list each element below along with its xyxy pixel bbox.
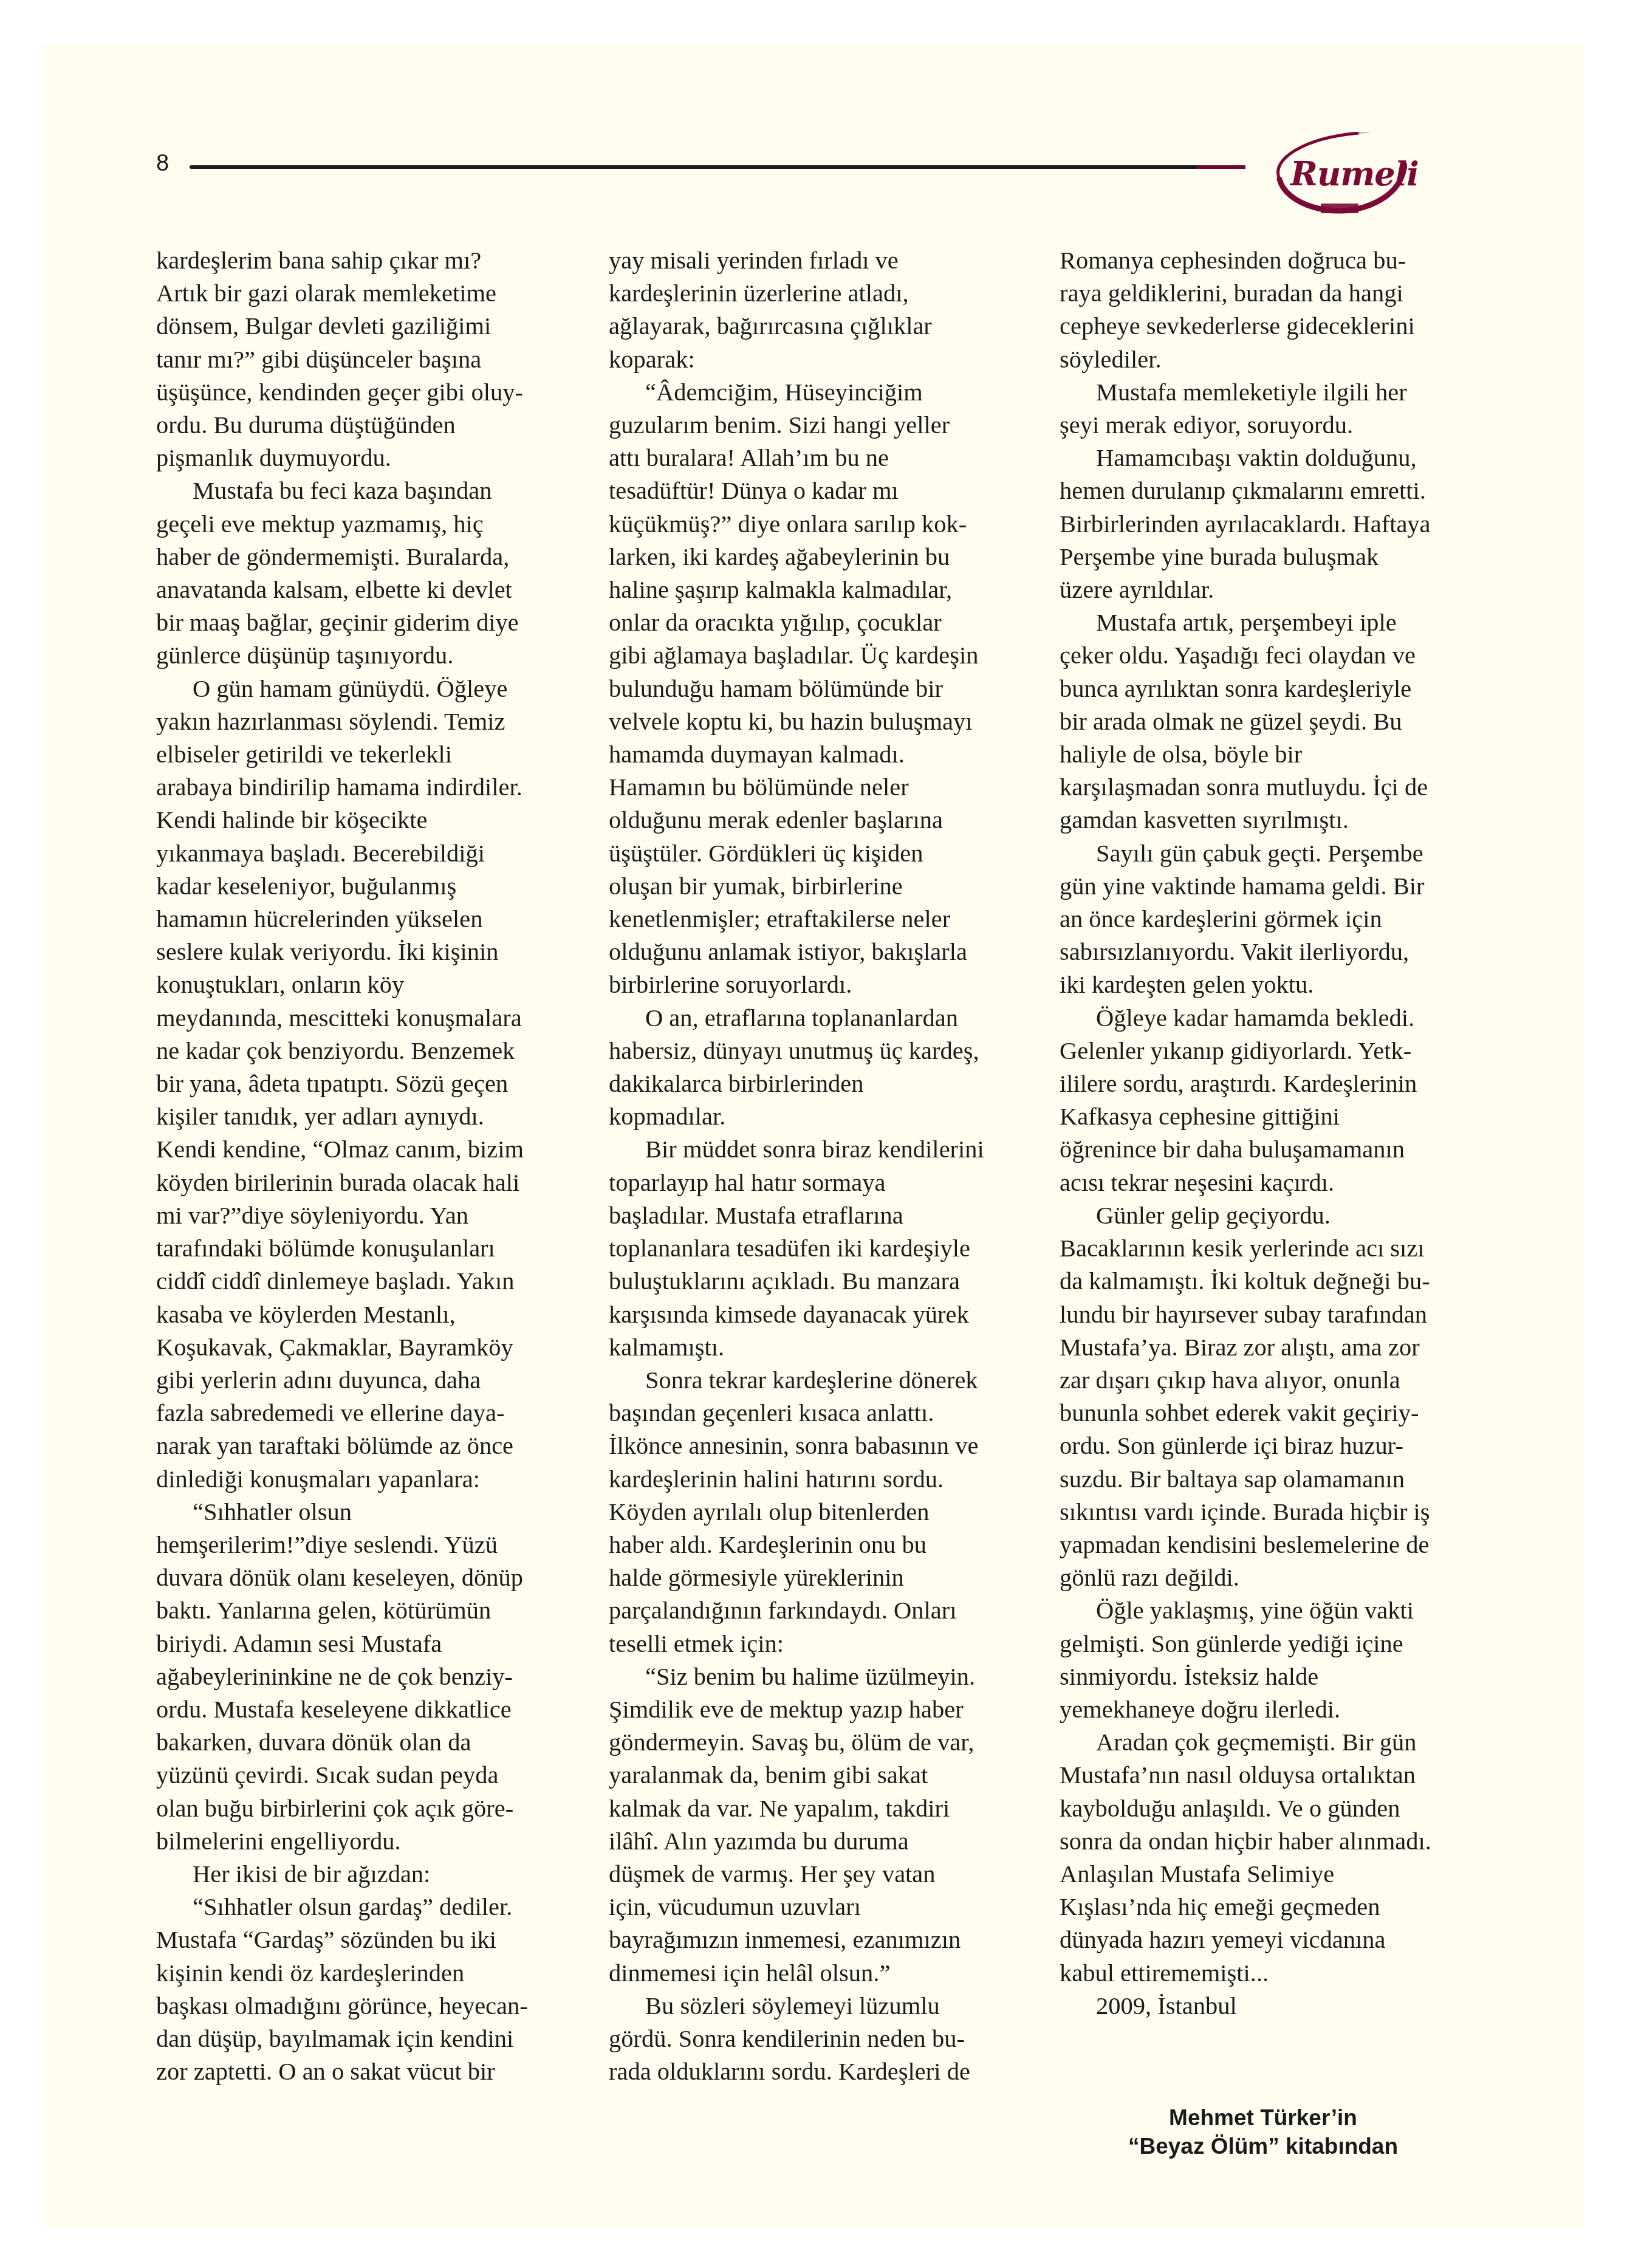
text-line: biriydi. Adamın sesi Mustafa: [156, 1628, 575, 1660]
text-line: Perşembe yine burada buluşmak: [1060, 541, 1479, 574]
text-line: kardeşlerinin üzerlerine atladı,: [609, 277, 1028, 310]
text-line: çeker oldu. Yaşadığı feci olaydan ve: [1060, 639, 1479, 672]
text-line: karşılaşmadan sonra mutluydu. İçi de: [1060, 771, 1479, 804]
text-line: zor zaptetti. O an o sakat vücut bir: [156, 2055, 575, 2088]
text-line: Kendi kendine, “Olmaz canım, bizim: [156, 1133, 575, 1166]
text-line: O gün hamam günüydü. Öğleye: [156, 673, 575, 705]
text-line: haliyle de olsa, böyle bir: [1060, 738, 1479, 771]
text-line: kardeşlerim bana sahip çıkar mı?: [156, 244, 575, 277]
text-line: yapmadan kendisini beslemelerine de: [1060, 1529, 1479, 1561]
text-line: gibi yerlerin adını duyunca, daha: [156, 1364, 575, 1397]
text-line: O an, etraflarına toplananlardan: [609, 1002, 1028, 1035]
text-line: üşüşünce, kendinden geçer gibi oluy-: [156, 376, 575, 409]
text-line: Bu sözleri söylemeyi lüzumlu: [609, 1990, 1028, 2023]
text-line: buluştuklarını açıkladı. Bu manzara: [609, 1265, 1028, 1298]
text-line: dünyada hazırı yemeyi vicdanına: [1060, 1924, 1479, 1956]
text-line: şeyi merak ediyor, soruyordu.: [1060, 409, 1479, 442]
text-line: “Siz benim bu halime üzülmeyin.: [609, 1660, 1028, 1693]
header-rule-accent: [1197, 165, 1245, 169]
text-line: Hamamın bu bölümünde neler: [609, 771, 1028, 804]
text-line: ne kadar çok benziyordu. Benzemek: [156, 1035, 575, 1067]
text-line: Koşukavak, Çakmaklar, Bayramköy: [156, 1331, 575, 1364]
text-line: Öğleye kadar hamamda bekledi.: [1060, 1002, 1479, 1035]
text-line: Aradan çok geçmemişti. Bir gün: [1060, 1726, 1479, 1759]
text-line: toplananlara tesadüfen iki kardeşiyle: [609, 1232, 1028, 1265]
header-rule: [190, 165, 1198, 169]
text-line: sinmiyordu. İsteksiz halde: [1060, 1660, 1479, 1693]
text-line: Kendi halinde bir köşecikte: [156, 804, 575, 837]
text-line: bir arada olmak ne güzel şeydi. Bu: [1060, 705, 1479, 738]
text-line: birbirlerine soruyorlardı.: [609, 968, 1028, 1001]
text-line: bulunduğu hamam bölümünde bir: [609, 673, 1028, 705]
text-line: Mustafa’ya. Biraz zor alıştı, ama zor: [1060, 1331, 1479, 1364]
text-line: söylediler.: [1060, 343, 1479, 376]
text-line: hamamın hücrelerinden yükselen: [156, 903, 575, 936]
text-line: yemekhaneye doğru ilerledi.: [1060, 1693, 1479, 1726]
text-line: da kalmamıştı. İki koltuk değneği bu-: [1060, 1265, 1479, 1298]
text-line: oluşan bir yumak, birbirlerine: [609, 870, 1028, 903]
text-line: bununla sohbet ederek vakit geçiriy-: [1060, 1397, 1479, 1430]
magazine-page: 8 Rumeli kardeşlerim bana sahip çıkar mı…: [45, 44, 1584, 2227]
text-line: yaralanmak da, benim gibi sakat: [609, 1759, 1028, 1792]
text-line: iki kardeşten gelen yoktu.: [1060, 968, 1479, 1001]
text-line: attı buralara! Allah’ım bu ne: [609, 442, 1028, 474]
text-line: gamdan kasvetten sıyrılmıştı.: [1060, 804, 1479, 837]
text-line: pişmanlık duymuyordu.: [156, 442, 575, 474]
text-line: düşmek de varmış. Her şey vatan: [609, 1858, 1028, 1891]
logo-text: Rumeli: [1290, 157, 1419, 190]
text-line: kasaba ve köylerden Mestanlı,: [156, 1298, 575, 1331]
text-line: tanır mı?” gibi düşünceler başına: [156, 343, 575, 376]
text-line: sabırsızlanıyordu. Vakit ilerliyordu,: [1060, 936, 1479, 968]
text-line: yüzünü çevirdi. Sıcak sudan peyda: [156, 1759, 575, 1792]
text-line: hemşerilerim!”diye seslendi. Yüzü: [156, 1529, 575, 1561]
text-line: ordu. Mustafa keseleyene dikkatlice: [156, 1693, 575, 1726]
text-line: anavatanda kalsam, elbette ki devlet: [156, 574, 575, 606]
text-line: olan buğu birbirlerini çok açık göre-: [156, 1792, 575, 1825]
text-line: ordu. Bu duruma düştüğünden: [156, 409, 575, 442]
text-line: göndermeyin. Savaş bu, ölüm de var,: [609, 1726, 1028, 1759]
text-line: yakın hazırlanması söylendi. Temiz: [156, 705, 575, 738]
page-number: 8: [156, 152, 169, 175]
text-line: ciddî ciddî dinlemeye başladı. Yakın: [156, 1265, 575, 1298]
text-line: rada olduklarını sordu. Kardeşleri de: [609, 2055, 1028, 2088]
text-line: küçükmüş?” diye onlara sarılıp kok-: [609, 508, 1028, 541]
text-line: sonra da ondan hiçbir haber alınmadı.: [1060, 1825, 1479, 1858]
credit-author: Mehmet Türker’in: [1120, 2103, 1406, 2132]
text-line: Bir müddet sonra biraz kendilerini: [609, 1133, 1028, 1166]
text-line: Hamamcıbaşı vaktin dolduğunu,: [1060, 442, 1479, 474]
text-line: seslere kulak veriyordu. İki kişinin: [156, 936, 575, 968]
text-line: başından geçenleri kısaca anlattı.: [609, 1397, 1028, 1430]
text-line: hemen durulanıp çıkmalarını emretti.: [1060, 474, 1479, 507]
text-line: yay misali yerinden fırladı ve: [609, 244, 1028, 277]
text-line: kenetlenmişler; etraftakilerse neler: [609, 903, 1028, 936]
text-line: lundu bir hayırsever subay tarafından: [1060, 1298, 1479, 1331]
text-line: kopmadılar.: [609, 1100, 1028, 1133]
text-line: onlar da oracıkta yığılıp, çocuklar: [609, 606, 1028, 639]
text-line: elbiseler getirildi ve tekerlekli: [156, 738, 575, 771]
text-line: için, vücudumun uzuvları: [609, 1891, 1028, 1924]
text-line: dönsem, Bulgar devleti gaziliğimi: [156, 310, 575, 343]
page-header: 8 Rumeli: [45, 44, 1584, 238]
text-line: cepheye sevkederlerse gideceklerini: [1060, 310, 1479, 343]
text-line: geçeli eve mektup yazmamış, hiç: [156, 508, 575, 541]
text-line: acısı tekrar neşesini kaçırdı.: [1060, 1167, 1479, 1199]
text-line: tesadüftür! Dünya o kadar mı: [609, 474, 1028, 507]
text-line: Mustafa “Gardaş” sözünden bu iki: [156, 1924, 575, 1956]
text-line: kardeşlerinin halini hatırını sordu.: [609, 1463, 1028, 1496]
text-line: haber de göndermemişti. Buralarda,: [156, 541, 575, 574]
text-line: hamamda duymayan kalmadı.: [609, 738, 1028, 771]
text-line: ağlayarak, bağırırcasına çığlıklar: [609, 310, 1028, 343]
text-line: Şimdilik eve de mektup yazıp haber: [609, 1693, 1028, 1726]
text-line: Anlaşılan Mustafa Selimiye: [1060, 1858, 1479, 1891]
text-line: günlerce düşünüp taşınıyordu.: [156, 639, 575, 672]
text-line: olduğunu anlamak istiyor, bakışlarla: [609, 936, 1028, 968]
text-line: Mustafa’nın nasıl olduysa ortalıktan: [1060, 1759, 1479, 1792]
text-line: suzdu. Bir baltaya sap olamamanın: [1060, 1463, 1479, 1496]
text-line: kalmak da var. Ne yapalım, takdiri: [609, 1792, 1028, 1825]
text-line: dakikalarca birbirlerinden: [609, 1067, 1028, 1100]
text-line: “Sıhhatler olsun gardaş” dediler.: [156, 1891, 575, 1924]
text-line: Bacaklarının kesik yerlerinde acı sızı: [1060, 1232, 1479, 1265]
text-line: olduğunu merak edenler başlarına: [609, 804, 1028, 837]
source-credit: Mehmet Türker’in “Beyaz Ölüm” kitabından: [1120, 2103, 1406, 2160]
text-line: Kafkasya cephesine gittiğini: [1060, 1100, 1479, 1133]
text-line: sıkıntısı vardı içinde. Burada hiçbir iş: [1060, 1496, 1479, 1529]
text-line: karşısında kimsede dayanacak yürek: [609, 1298, 1028, 1331]
text-line: mi var?”diye söyleniyordu. Yan: [156, 1199, 575, 1232]
text-line: meydanında, mescitteki konuşmalara: [156, 1002, 575, 1035]
text-line: “Âdemciğim, Hüseyinciğim: [609, 376, 1028, 409]
text-line: bunca ayrılıktan sonra kardeşleriyle: [1060, 673, 1479, 705]
text-line: kabul ettirememişti...: [1060, 1957, 1479, 1990]
text-line: duvara dönük olanı keseleyen, dönüp: [156, 1561, 575, 1594]
text-line: arabaya bindirilip hamama indirdiler.: [156, 771, 575, 804]
text-line: Romanya cephesinden doğruca bu-: [1060, 244, 1479, 277]
text-line: Mustafa bu feci kaza başından: [156, 474, 575, 507]
text-line: bir maaş bağlar, geçinir giderim diye: [156, 606, 575, 639]
text-line: Kışlası’nda hiç emeği geçmeden: [1060, 1891, 1479, 1924]
text-line: baktı. Yanlarına gelen, kötürümün: [156, 1594, 575, 1627]
text-line: Gelenler yıkanıp gidiyorlardı. Yetk-: [1060, 1035, 1479, 1067]
text-line: Mustafa artık, perşembeyi iple: [1060, 606, 1479, 639]
text-line: 2009, İstanbul: [1060, 1990, 1479, 2023]
text-line: başladılar. Mustafa etraflarına: [609, 1199, 1028, 1232]
text-line: ilâhî. Alın yazımda bu duruma: [609, 1825, 1028, 1858]
text-line: başkası olmadığını görünce, heyecan-: [156, 1990, 575, 2023]
text-line: toparlayıp hal hatır sormaya: [609, 1167, 1028, 1199]
text-line: dinmemesi için helâl olsun.”: [609, 1957, 1028, 1990]
text-line: kalmamıştı.: [609, 1331, 1028, 1364]
text-line: Köyden ayrılalı olup bitenlerden: [609, 1496, 1028, 1529]
text-line: yıkanmaya başladı. Becerebildiği: [156, 837, 575, 870]
text-line: Sayılı gün çabuk geçti. Perşembe: [1060, 837, 1479, 870]
text-line: haber aldı. Kardeşlerinin onu bu: [609, 1529, 1028, 1561]
text-line: kişinin kendi öz kardeşlerinden: [156, 1957, 575, 1990]
text-line: velvele koptu ki, bu hazin buluşmayı: [609, 705, 1028, 738]
text-line: dan düşüp, bayılmamak için kendini: [156, 2023, 575, 2055]
text-line: gönlü razı değildi.: [1060, 1561, 1479, 1594]
text-line: parçalandığının farkındaydı. Onları: [609, 1594, 1028, 1627]
text-line: fazla sabredemedi ve ellerine daya-: [156, 1397, 575, 1430]
text-line: teselli etmek için:: [609, 1628, 1028, 1660]
text-line: bir yana, âdeta tıpatıptı. Sözü geçen: [156, 1067, 575, 1100]
text-line: zar dışarı çıkıp hava alıyor, onunla: [1060, 1364, 1479, 1397]
text-line: İlkönce annesinin, sonra babasının ve: [609, 1430, 1028, 1462]
rumeli-logo: Rumeli: [1267, 132, 1407, 223]
text-line: Sonra tekrar kardeşlerine dönerek: [609, 1364, 1028, 1397]
text-line: Her ikisi de bir ağızdan:: [156, 1858, 575, 1891]
text-line: koparak:: [609, 343, 1028, 376]
article-column-1: kardeşlerim bana sahip çıkar mı?Artık bi…: [156, 244, 575, 2088]
text-line: bilmelerini engelliyordu.: [156, 1825, 575, 1858]
text-line: tarafındaki bölümde konuşulanları: [156, 1232, 575, 1265]
text-line: ağabeylerininkine ne de çok benziy-: [156, 1660, 575, 1693]
text-line: guzularım benim. Sizi hangi yeller: [609, 409, 1028, 442]
text-line: gün yine vaktinde hamama geldi. Bir: [1060, 870, 1479, 903]
text-line: bayrağımızın inmemesi, ezanımızın: [609, 1924, 1028, 1956]
text-line: konuştukları, onların köy: [156, 968, 575, 1001]
text-line: ililere sordu, araştırdı. Kardeşlerinin: [1060, 1067, 1479, 1100]
text-line: an önce kardeşlerini görmek için: [1060, 903, 1479, 936]
text-line: narak yan taraftaki bölümde az önce: [156, 1430, 575, 1462]
text-line: habersiz, dünyayı unutmuş üç kardeş,: [609, 1035, 1028, 1067]
text-line: “Sıhhatler olsun: [156, 1496, 575, 1529]
text-line: öğrenince bir daha buluşamamanın: [1060, 1133, 1479, 1166]
text-line: raya geldiklerini, buradan da hangi: [1060, 277, 1479, 310]
article-column-2: yay misali yerinden fırladı vekardeşleri…: [609, 244, 1028, 2088]
text-line: Mustafa memleketiyle ilgili her: [1060, 376, 1479, 409]
text-line: kadar keseleniyor, buğulanmış: [156, 870, 575, 903]
article-column-3: Romanya cephesinden doğruca bu-raya geld…: [1060, 244, 1479, 2023]
text-line: gördü. Sonra kendilerinin neden bu-: [609, 2023, 1028, 2055]
text-line: kişiler tanıdık, yer adları aynıydı.: [156, 1100, 575, 1133]
text-line: halde görmesiyle yüreklerinin: [609, 1561, 1028, 1594]
text-line: köyden birilerinin burada olacak hali: [156, 1167, 575, 1199]
text-line: ordu. Son günlerde içi biraz huzur-: [1060, 1430, 1479, 1462]
text-line: Öğle yaklaşmış, yine öğün vakti: [1060, 1594, 1479, 1627]
text-line: Günler gelip geçiyordu.: [1060, 1199, 1479, 1232]
text-line: Birbirlerinden ayrılacaklardı. Haftaya: [1060, 508, 1479, 541]
text-line: bakarken, duvara dönük olan da: [156, 1726, 575, 1759]
text-line: haline şaşırıp kalmakla kalmadılar,: [609, 574, 1028, 606]
text-line: üzere ayrıldılar.: [1060, 574, 1479, 606]
text-line: Artık bir gazi olarak memleketime: [156, 277, 575, 310]
text-line: larken, iki kardeş ağabeylerinin bu: [609, 541, 1028, 574]
credit-book: “Beyaz Ölüm” kitabından: [1120, 2132, 1406, 2160]
text-line: gelmişti. Son günlerde yediği içine: [1060, 1628, 1479, 1660]
text-line: üşüştüler. Gördükleri üç kişiden: [609, 837, 1028, 870]
text-line: dinlediği konuşmaları yapanlara:: [156, 1463, 575, 1496]
text-line: gibi ağlamaya başladılar. Üç kardeşin: [609, 639, 1028, 672]
text-line: kaybolduğu anlaşıldı. Ve o günden: [1060, 1792, 1479, 1825]
